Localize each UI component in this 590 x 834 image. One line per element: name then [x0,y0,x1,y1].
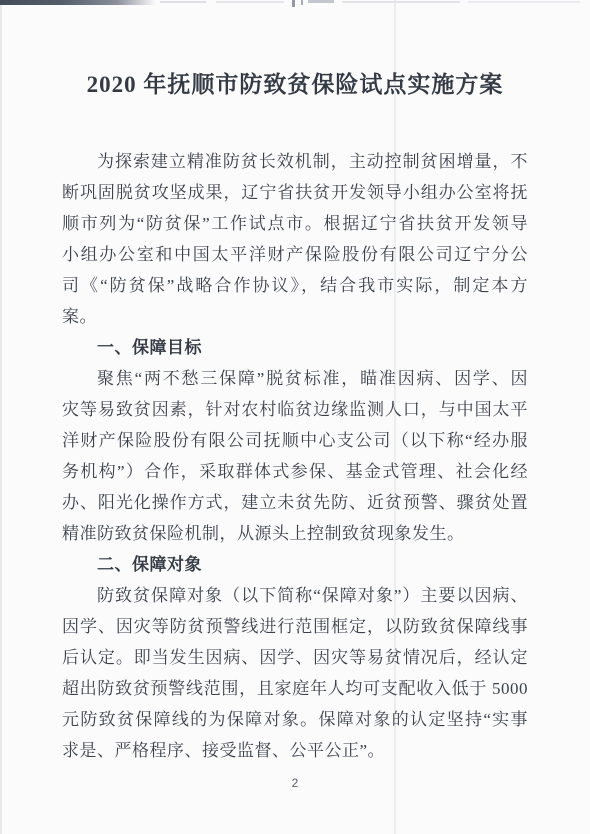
section-heading-goals: 一、保障目标 [62,332,528,363]
scan-mark [308,0,334,3]
paragraph-line: 小组办公室和中国太平洋财产保险股份有限公司辽宁分公 [62,239,528,270]
scan-mark [342,1,460,3]
paragraph-line: 办、阳光化操作方式，建立未贫先防、近贫预警、骤贫处置 [62,487,528,518]
scan-left-edge-shadow [0,0,2,834]
paragraph-line: 求是、严格程序、接受监督、公平公正”。 [62,735,528,766]
document-title: 2020 年抚顺市防致贫保险试点实施方案 [0,66,590,99]
paragraph-line: 防致贫保障对象（以下简称“保障对象”）主要以因病、 [62,580,528,611]
section-heading-targets: 二、保障对象 [62,549,528,580]
paragraph-line: 因学、因灾等防贫预警线进行范围框定，以防致贫保障线事 [62,611,528,642]
page-number: 2 [0,776,590,790]
scan-mark [160,1,206,3]
scan-mark [468,1,580,3]
scan-mark [216,1,284,3]
paragraph-line: 案。 [62,301,528,332]
paragraph-line: 后认定。即当发生因病、因学、因灾等易贫情况后，经认定 [62,642,528,673]
paragraph-line: 元防致贫保障线的为保障对象。保障对象的认定坚持“实事 [62,704,528,735]
paragraph-line: 断巩固脱贫攻坚成果，辽宁省扶贫开发领导小组办公室将抚 [62,177,528,208]
paragraph-line: 务机构”）合作，采取群体式参保、基金式管理、社会化经 [62,456,528,487]
paragraph-line: 灾等易致贫因素，针对农村临贫边缘监测人口，与中国太平 [62,394,528,425]
scan-mark [292,0,295,7]
paragraph-line: 洋财产保险股份有限公司抚顺中心支公司（以下称“经办服 [62,425,528,456]
paragraph-line: 聚焦“两不愁三保障”脱贫标准，瞄准因病、因学、因 [62,363,528,394]
paragraph-line: 精准防致贫保险机制，从源头上控制致贫现象发生。 [62,518,528,549]
scanned-document-page: 2020 年抚顺市防致贫保险试点实施方案 为探索建立精准防贫长效机制，主动控制贫… [0,0,590,834]
document-body: 为探索建立精准防贫长效机制，主动控制贫困增量，不 断巩固脱贫攻坚成果，辽宁省扶贫… [62,146,528,766]
paragraph-line: 超出防致贫预警线范围，且家庭年人均可支配收入低于 5000 [62,673,528,704]
paragraph-line: 为探索建立精准防贫长效机制，主动控制贫困增量，不 [62,146,528,177]
paragraph-line: 司《“防贫保”战略合作协议》，结合我市实际，制定本方 [62,270,528,301]
scan-mark [301,0,303,5]
scan-top-edge-artifact [0,0,156,5]
paragraph-line: 顺市列为“防贫保”工作试点市。根据辽宁省扶贫开发领导 [62,208,528,239]
